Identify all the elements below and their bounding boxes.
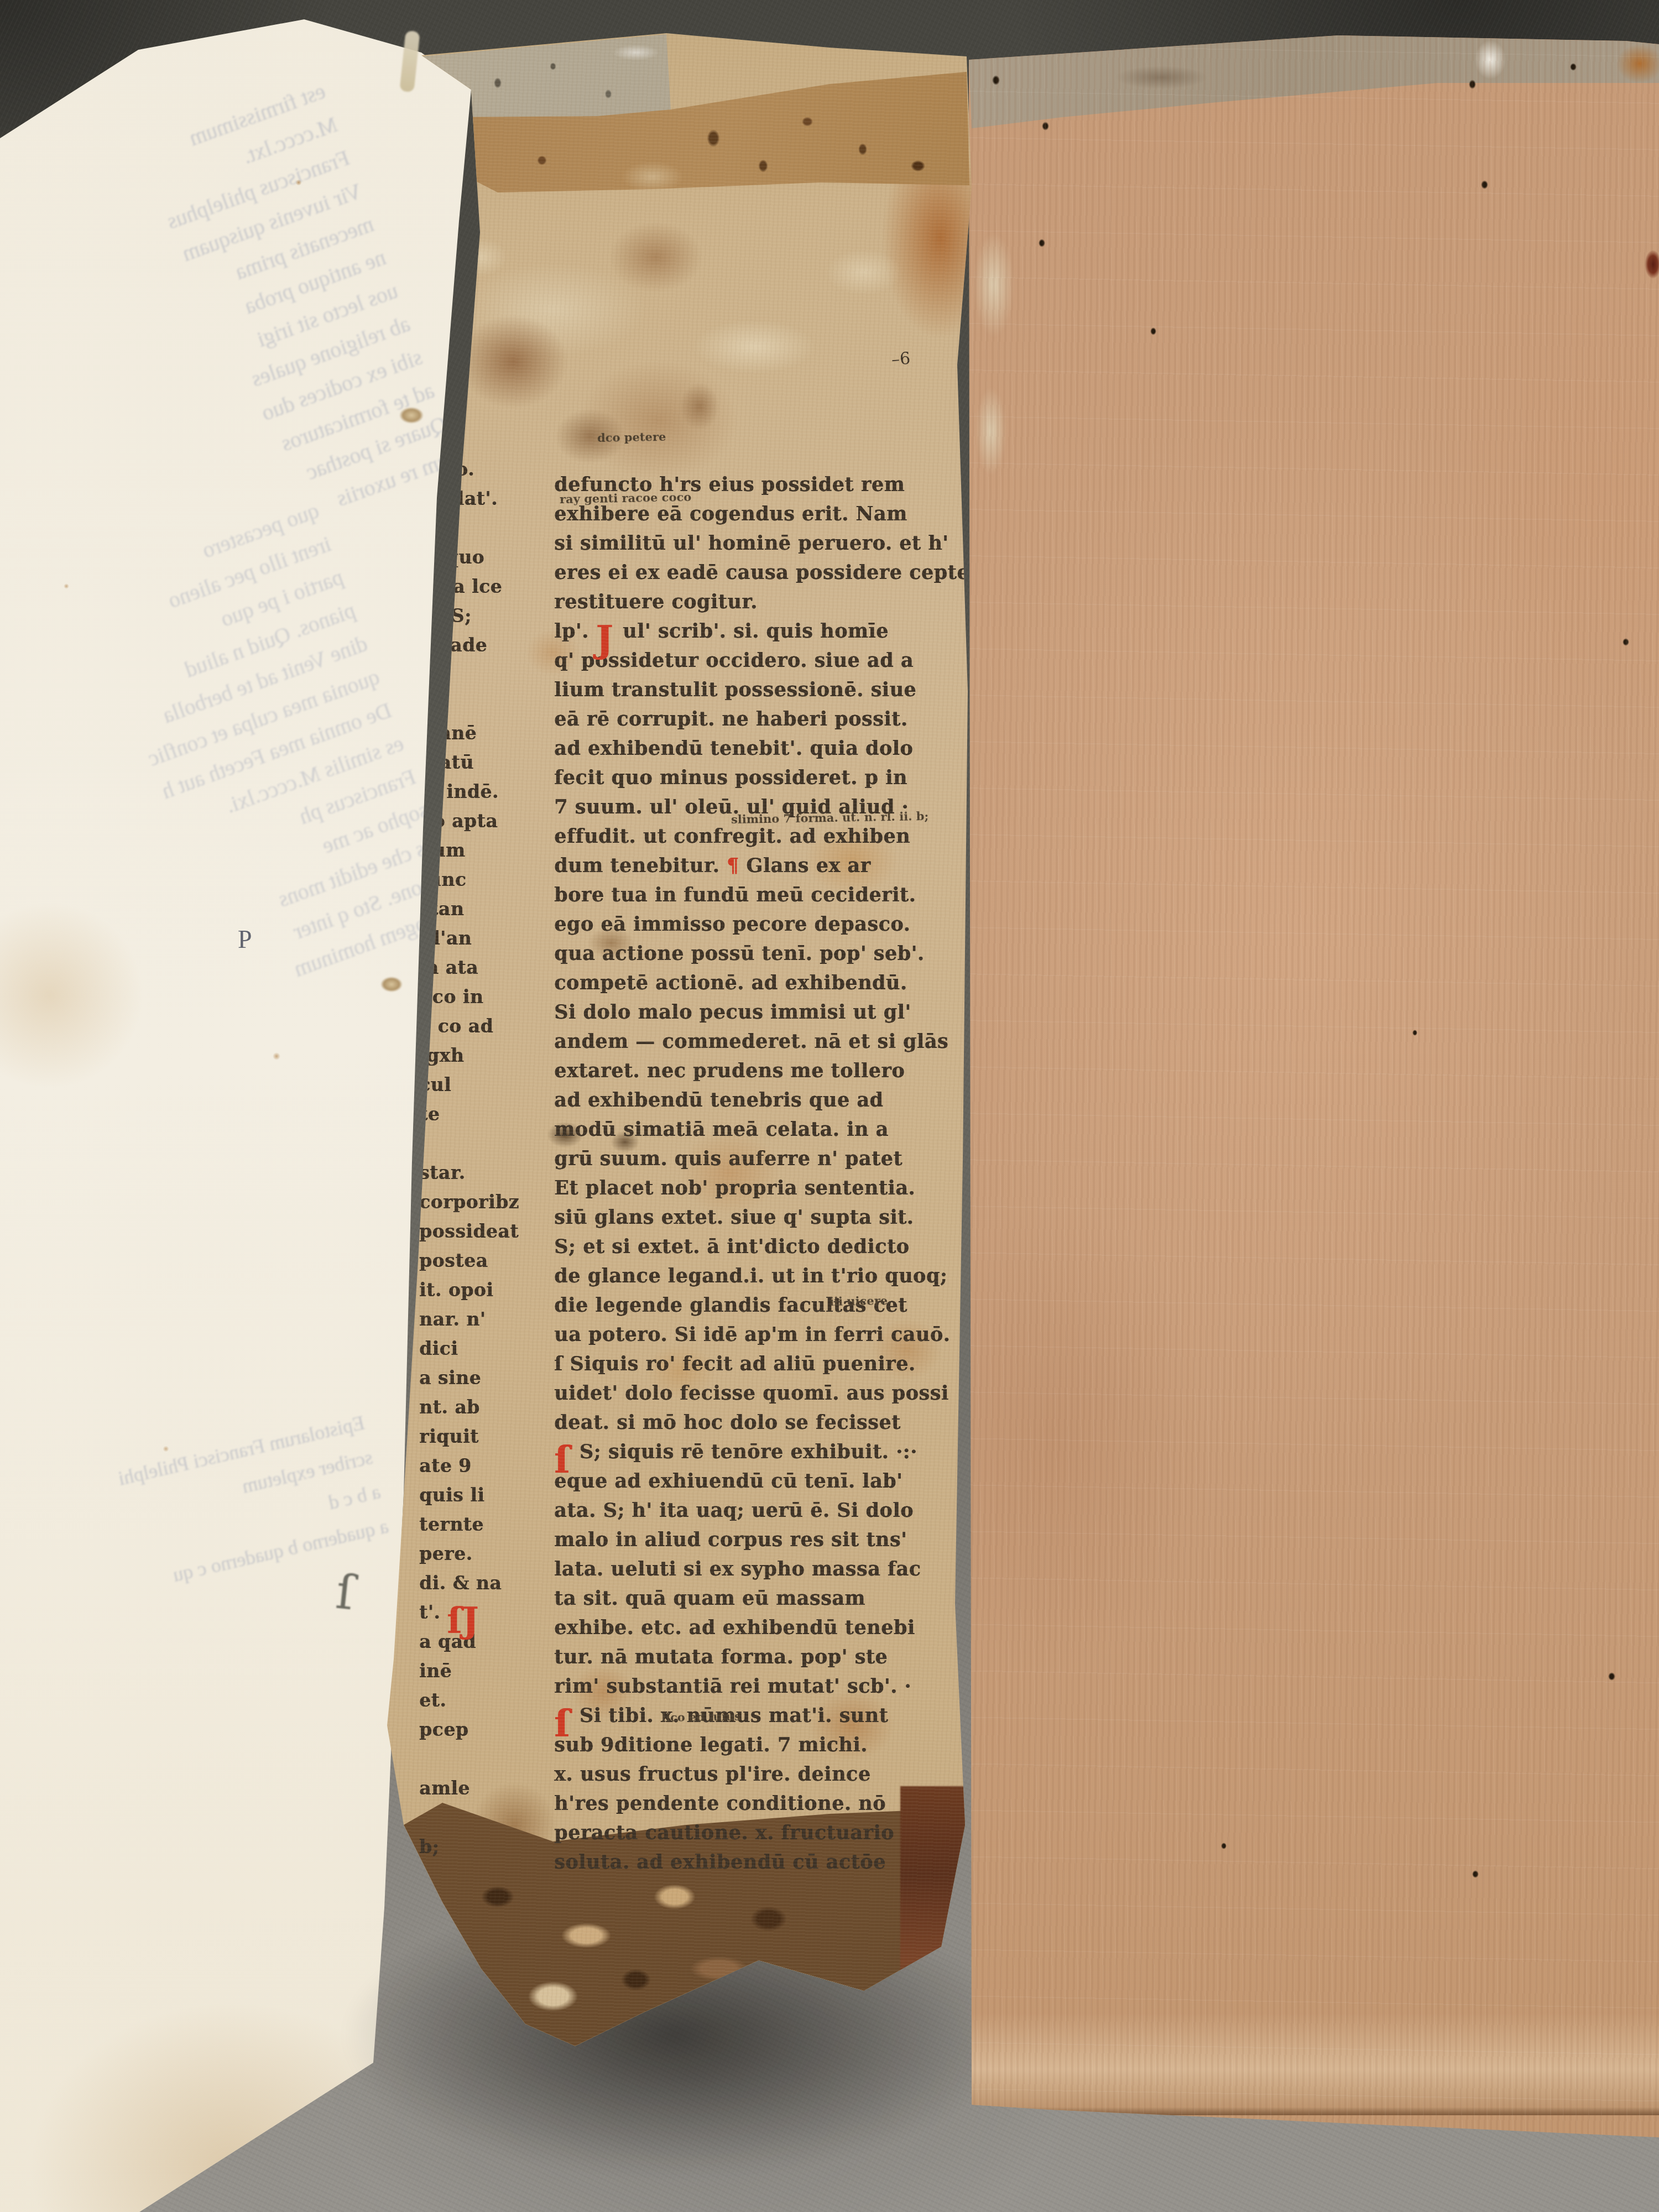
board-red-stain	[1645, 250, 1659, 279]
showthrough-line: a quaderno b quaderno c qu	[7, 1511, 392, 1632]
manuscript-text-line: it. opoi	[419, 1275, 535, 1305]
showthrough-line: mecenatis prima	[0, 207, 379, 384]
showthrough-line: Franciscus ph	[3, 759, 421, 940]
manuscript-text-line: ta sit. quā quam eū massam	[554, 1584, 947, 1613]
manuscript-text-line: siū glans extet. siue q' supta sit.	[554, 1203, 947, 1232]
manuscript-text-line: igxh	[419, 1041, 535, 1070]
interlinear-gloss: slimino 7 forma. ut. n. rl. ii. b;	[731, 809, 929, 826]
wormhole	[1570, 63, 1577, 71]
manuscript-text-line: lp'. J ul' scrib'. si. quis homīe	[554, 617, 947, 646]
manuscript-text-line: t'. ſJ	[419, 1598, 535, 1627]
manuscript-text-line: dum tenebitur. ¶ Glans ex ar	[554, 851, 947, 880]
manuscript-main-column: defuncto h'rs eius possidet remexhibere …	[554, 470, 947, 1877]
showthrough-text-top: est firmissimumM.cccc.lxt.Franciscus phi…	[0, 74, 463, 617]
showthrough-line: es similis M.cccc.lxi.	[0, 726, 409, 907]
manuscript-text-line: lata. ueluti si ex sypho massa fac	[554, 1554, 947, 1584]
showthrough-line: quonia mea culpa et conflic	[0, 659, 385, 840]
manuscript-text-line: qua actione possū tenī. pop' seb'.	[554, 939, 947, 968]
wormhole	[1042, 122, 1049, 131]
wormhole	[1039, 239, 1045, 247]
showthrough-line: Franciscus philelphus	[0, 140, 354, 317]
manuscript-text-line: ſ Siquis ro' fecit ad aliū puenire.	[554, 1349, 947, 1379]
manuscript-text-line: nt. ab	[419, 1392, 535, 1422]
manuscript-text-line: pcep	[419, 1715, 535, 1744]
showthrough-line: sibi ex codices duo	[20, 340, 427, 517]
manuscript-text-line: tur. nā mutata forma. pop' ste	[554, 1642, 947, 1672]
interlinear-gloss: iii uicere	[830, 1293, 888, 1308]
manuscript-text-line: ternte	[419, 1510, 535, 1539]
showthrough-line: M.cccc.lxt.	[0, 107, 343, 284]
manuscript-text-line: competē actionē. ad exhibendū.	[554, 968, 947, 998]
board-bottom-edge	[972, 2013, 1659, 2115]
manuscript-text-line: m ata	[419, 953, 535, 982]
manuscript-text-line: possideat	[419, 1217, 535, 1246]
manuscript-text-line	[419, 1129, 535, 1158]
wormhole	[1623, 638, 1629, 646]
manuscript-text-line: eres ei ex eadē causa possidere cepte	[554, 558, 947, 587]
manuscript-text-line: deat. si mō hoc dolo se fecisset	[554, 1408, 947, 1437]
foliation-mark: –6	[891, 349, 911, 369]
wormhole	[1469, 80, 1476, 89]
wormhole	[992, 75, 1000, 85]
manuscript-text-line: grū suum. quis auferre n' patet	[554, 1144, 947, 1173]
manuscript-text-line: a sine	[419, 1363, 535, 1392]
manuscript-text-line: ate 9	[419, 1451, 535, 1480]
manuscript-text-line: ſ Si tibi. x. nūmus mat'i. sunt	[554, 1701, 947, 1730]
wormhole	[1608, 1672, 1615, 1681]
manuscript-text-line: e co ad	[419, 1011, 535, 1041]
manuscript-text-line: sub 9ditione legati. 7 michi.	[554, 1730, 947, 1760]
showthrough-line: aut rogem hominum	[52, 892, 469, 1073]
manuscript-text-line: dco in	[419, 982, 535, 1011]
manuscript-text-line: q' possidetur occidero. siue ad a	[554, 646, 947, 675]
manuscript-text-line: lium transtulit possessionē. siue	[554, 675, 947, 705]
manuscript-text-line: peracta cautione. x. fructuario	[554, 1818, 947, 1848]
manuscript-text-line: pere.	[419, 1539, 535, 1568]
showthrough-line: dine Venit ad te berbolla	[0, 626, 373, 807]
showthrough-line: ab religione quales	[8, 306, 415, 483]
interlinear-gloss: ray genti racoe coco	[560, 490, 692, 506]
glue-remnant	[973, 232, 1014, 337]
manuscript-text-line: x. usus fructus pl'ire. deince	[554, 1760, 947, 1789]
page-ink-mark: ſ	[333, 1564, 357, 1621]
showthrough-text-bottom: Epistolarum Francisci Philelphiscriber e…	[0, 1407, 393, 1632]
showthrough-line: sopho ac me	[15, 792, 433, 973]
manuscript-text-line: exhibere eā cogendus erit. Nam	[554, 499, 947, 529]
manuscript-text-line: Et placet nob' propria sententia.	[554, 1173, 947, 1203]
showthrough-line: ad te formicaturos	[33, 373, 440, 550]
quire-signature-mark: P	[238, 925, 252, 954]
showthrough-line: expone. Sto q inter	[40, 859, 457, 1040]
interlinear-gloss: lico ed iuius	[661, 1709, 741, 1725]
showthrough-line: Epistolarum Francisci Philelphi	[0, 1407, 369, 1529]
wormhole	[1150, 327, 1156, 335]
manuscript-text-line: bore tua in fundū meū ceciderit.	[554, 880, 947, 910]
manuscript-text-line: de glance legand.i. ut in t'rio quoq;	[554, 1261, 947, 1291]
manuscript-text-line: a qad	[419, 1627, 535, 1656]
manuscript-text-line: ego eā immisso pecore depasco.	[554, 910, 947, 939]
showthrough-line: cum re uxoriis	[56, 440, 463, 617]
manuscript-text-line: ſ S; siquis rē tenōre exhibuit. ·:·	[554, 1437, 947, 1467]
manuscript-text-line: ata. S; h' ita uaq; uerū ē. Si dolo	[554, 1496, 947, 1525]
showthrough-line: uos lecto sit irigi	[0, 273, 403, 450]
manuscript-text-line: corporibz	[419, 1187, 535, 1217]
wormhole	[1472, 1870, 1479, 1878]
manuscript-text-line: modū simatiā meā celata. in a	[554, 1115, 947, 1144]
manuscript-text-line: ad exhibendū tenebit'. quia dolo	[554, 734, 947, 763]
manuscript-text-line: nar. n'	[419, 1305, 535, 1334]
showthrough-line: pianos. Quid n aliud	[0, 593, 361, 774]
showthrough-line: De omnia mea Feceth aut h	[0, 693, 397, 874]
manuscript-text-line: h'res pendente conditione. nō	[554, 1789, 947, 1818]
manuscript-text-line: inē	[419, 1656, 535, 1686]
manuscript-text-line: malo in aliud corpus res sit tns'	[554, 1525, 947, 1554]
manuscript-text-line: dici	[419, 1334, 535, 1363]
manuscript-text-line: uidet' dolo fecisse quomī. aus possi	[554, 1379, 947, 1408]
manuscript-text-line: fecit quo minus possideret. p in	[554, 763, 947, 792]
manuscript-text-line	[419, 1744, 535, 1773]
manuscript-text-line: effudit. ut confregit. ad exhiben	[554, 822, 947, 851]
manuscript-text-line: riquit	[419, 1422, 535, 1451]
manuscript-text-line: di. & na	[419, 1568, 535, 1598]
showthrough-line: partio i pe quo	[0, 560, 348, 740]
manuscript-text-line: postea	[419, 1246, 535, 1275]
wormhole	[1221, 1843, 1227, 1849]
manuscript-text-line: star.	[419, 1158, 535, 1187]
glue-remnant	[975, 387, 1006, 476]
manuscript-text-line: extaret. nec prudens me tollero	[554, 1056, 947, 1086]
manuscript-text-line: b;	[419, 1832, 535, 1861]
manuscript-text-line: defuncto h'rs eius possidet rem	[554, 470, 947, 499]
showthrough-line: ne antiquo proba	[0, 240, 391, 417]
interlinear-gloss: dco petere	[597, 430, 666, 445]
rubric-paraph: ¶	[727, 854, 739, 877]
manuscript-text-line: exhibe. etc. ad exhibendū tenebi	[554, 1613, 947, 1642]
manuscript-text-line: amle	[419, 1773, 535, 1803]
showthrough-line: quo pecastero	[0, 493, 324, 674]
manuscript-text-line: ad exhibendū tenebris que ad	[554, 1086, 947, 1115]
sewing-cord	[380, 977, 403, 992]
manuscript-text-line: ua potero. Si idē ap'm in ferri cauō.	[554, 1320, 947, 1349]
showthrough-line: Quare si posthac	[44, 406, 451, 583]
sewing-cord	[399, 407, 424, 424]
manuscript-text-line: quis li	[419, 1480, 535, 1510]
manuscript-text-line	[419, 1803, 535, 1832]
manuscript-text-line: die legende glandis facultas cet	[554, 1291, 947, 1320]
manuscript-text-line: eque ad exhiuendū cū tenī. lab'	[554, 1467, 947, 1496]
manuscript-text-line: Si dolo malo pecus immisi ut gl'	[554, 998, 947, 1027]
manuscript-text-line: i l'an	[419, 924, 535, 953]
showthrough-line: Vir iuvenis quisquam	[0, 174, 367, 351]
manuscript-text-line: cul	[419, 1070, 535, 1099]
manuscript-text-line: et.	[419, 1686, 535, 1715]
manuscript-text-line: eā rē corrupit. ne haberi possit.	[554, 705, 947, 734]
photograph-open-book: est firmissimumM.cccc.lxt.Franciscus phi…	[0, 0, 1659, 2212]
manuscript-text-line: restituere cogitur.	[554, 587, 947, 617]
manuscript-text-line: soluta. ad exhibendū cū actōe	[554, 1848, 947, 1877]
damaged-zone	[426, 182, 973, 481]
wormhole	[1412, 1030, 1417, 1036]
showthrough-line: irent illo pec alieno	[0, 526, 336, 707]
wormhole	[1481, 180, 1488, 189]
manuscript-text-line: 7 suum. ul' oleū. ul' quid aliud ·	[554, 792, 947, 822]
manuscript-text-line: te	[419, 1099, 535, 1129]
manuscript-text-line: andem — commederet. nā et si glās	[554, 1027, 947, 1056]
manuscript-text-line: rim' substantiā rei mutat' scb'. ·	[554, 1672, 947, 1701]
manuscript-text-line: S; et si extet. ā int'dicto dedicto	[554, 1232, 947, 1261]
showthrough-line: a b c d	[0, 1476, 384, 1598]
manuscript-text-line: si similitū ul' hominē peruero. et h'	[554, 529, 947, 558]
showthrough-line: scriber expletum	[0, 1442, 377, 1563]
